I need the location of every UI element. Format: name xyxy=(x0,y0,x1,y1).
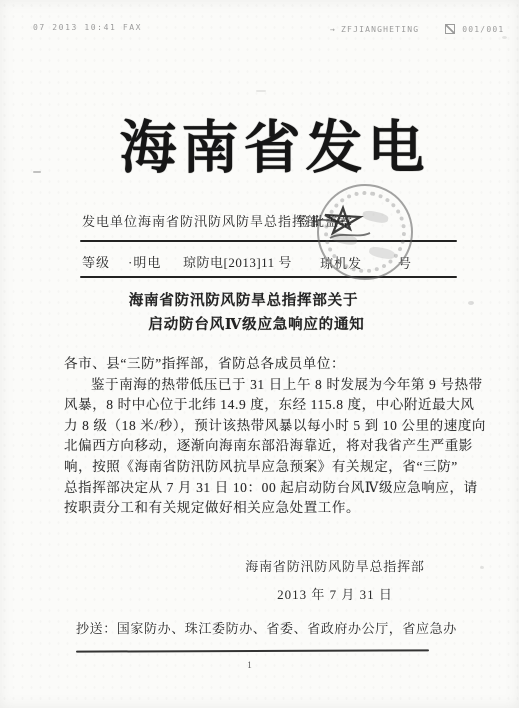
issuing-unit-value: 海南省防汛防风防旱总指挥部 xyxy=(138,211,320,230)
form-divider-bottom xyxy=(80,276,457,278)
body-line: 鉴于南海的热带低压已于 31 日上午 8 时发展为今年第 9 号热带 xyxy=(64,375,462,396)
body-line: 响，按照《海南省防汛防风抗旱应急预案》有关规定，省“三防” xyxy=(64,457,462,478)
signature-org: 海南省防汛防风防旱总指挥部 xyxy=(239,556,431,575)
body-line: 按职责分工和有关规定做好相关应急处置工作。 xyxy=(64,498,462,519)
signature-block: 海南省防汛防风防旱总指挥部 2013 年 7 月 31 日 xyxy=(239,556,431,603)
scan-noise-speck xyxy=(256,90,266,92)
fax-timestamp: 07 2013 10:41 FAX xyxy=(33,23,142,32)
fax-direction-arrow-icon: → xyxy=(330,25,336,34)
body-line: 总指挥部决定从 7 月 31 日 10：00 起启动防台风Ⅳ级应急响应，请 xyxy=(64,478,462,499)
fax-remote-info: → ZFJIANGHETING 001/001 xyxy=(330,24,504,34)
telegram-masthead-title: 海南省发电 xyxy=(0,102,519,184)
scanned-fax-document-page: 07 2013 10:41 FAX → ZFJIANGHETING 001/00… xyxy=(0,0,519,708)
salutation-line: 各市、县“三防”指挥部，省防总各成员单位： xyxy=(64,354,462,375)
cc-distribution-line: 抄送：国家防办、珠江委防办、省委、省政府办公厅，省应急办 xyxy=(76,618,457,637)
footer-divider xyxy=(76,649,429,652)
grade-value: ·明电 xyxy=(128,252,161,271)
page-counter-icon xyxy=(445,24,455,34)
signature-date: 2013 年 7 月 31 日 xyxy=(239,584,431,603)
handwritten-signature-scrawl xyxy=(312,202,378,248)
document-ref-number: 琼防电[2013]11 号 xyxy=(183,252,292,271)
scan-noise-speck xyxy=(502,36,507,39)
scan-noise-speck xyxy=(33,171,41,173)
issuing-unit-label: 发电单位 xyxy=(82,211,138,230)
body-line: 风暴，8 时中心位于北纬 14.9 度，东经 115.8 度，中心附近最大风 xyxy=(64,395,462,416)
page-number: 1 xyxy=(0,660,509,670)
notice-title-line1: 海南省防汛防风防旱总指挥部关于 xyxy=(0,289,503,310)
fax-remote-id: ZFJIANGHETING xyxy=(341,25,419,34)
grade-label: 等级 xyxy=(82,252,110,271)
body-line: 北偏西方向移动，逐渐向海南东部沿海靠近，将对我省产生严重影 xyxy=(64,436,462,457)
notice-title-line2: 启动防台风Ⅳ级应急响应的通知 xyxy=(0,313,516,334)
fax-page-counter: 001/001 xyxy=(462,25,504,34)
scan-noise-speck xyxy=(468,301,474,305)
body-line: 力 8 级（18 米/秒），预计该热带风暴以每小时 5 到 10 公里的速度向 xyxy=(64,416,462,437)
notice-body: 各市、县“三防”指挥部，省防总各成员单位： 鉴于南海的热带低压已于 31 日上午… xyxy=(64,354,462,519)
scan-noise-speck xyxy=(480,566,484,569)
